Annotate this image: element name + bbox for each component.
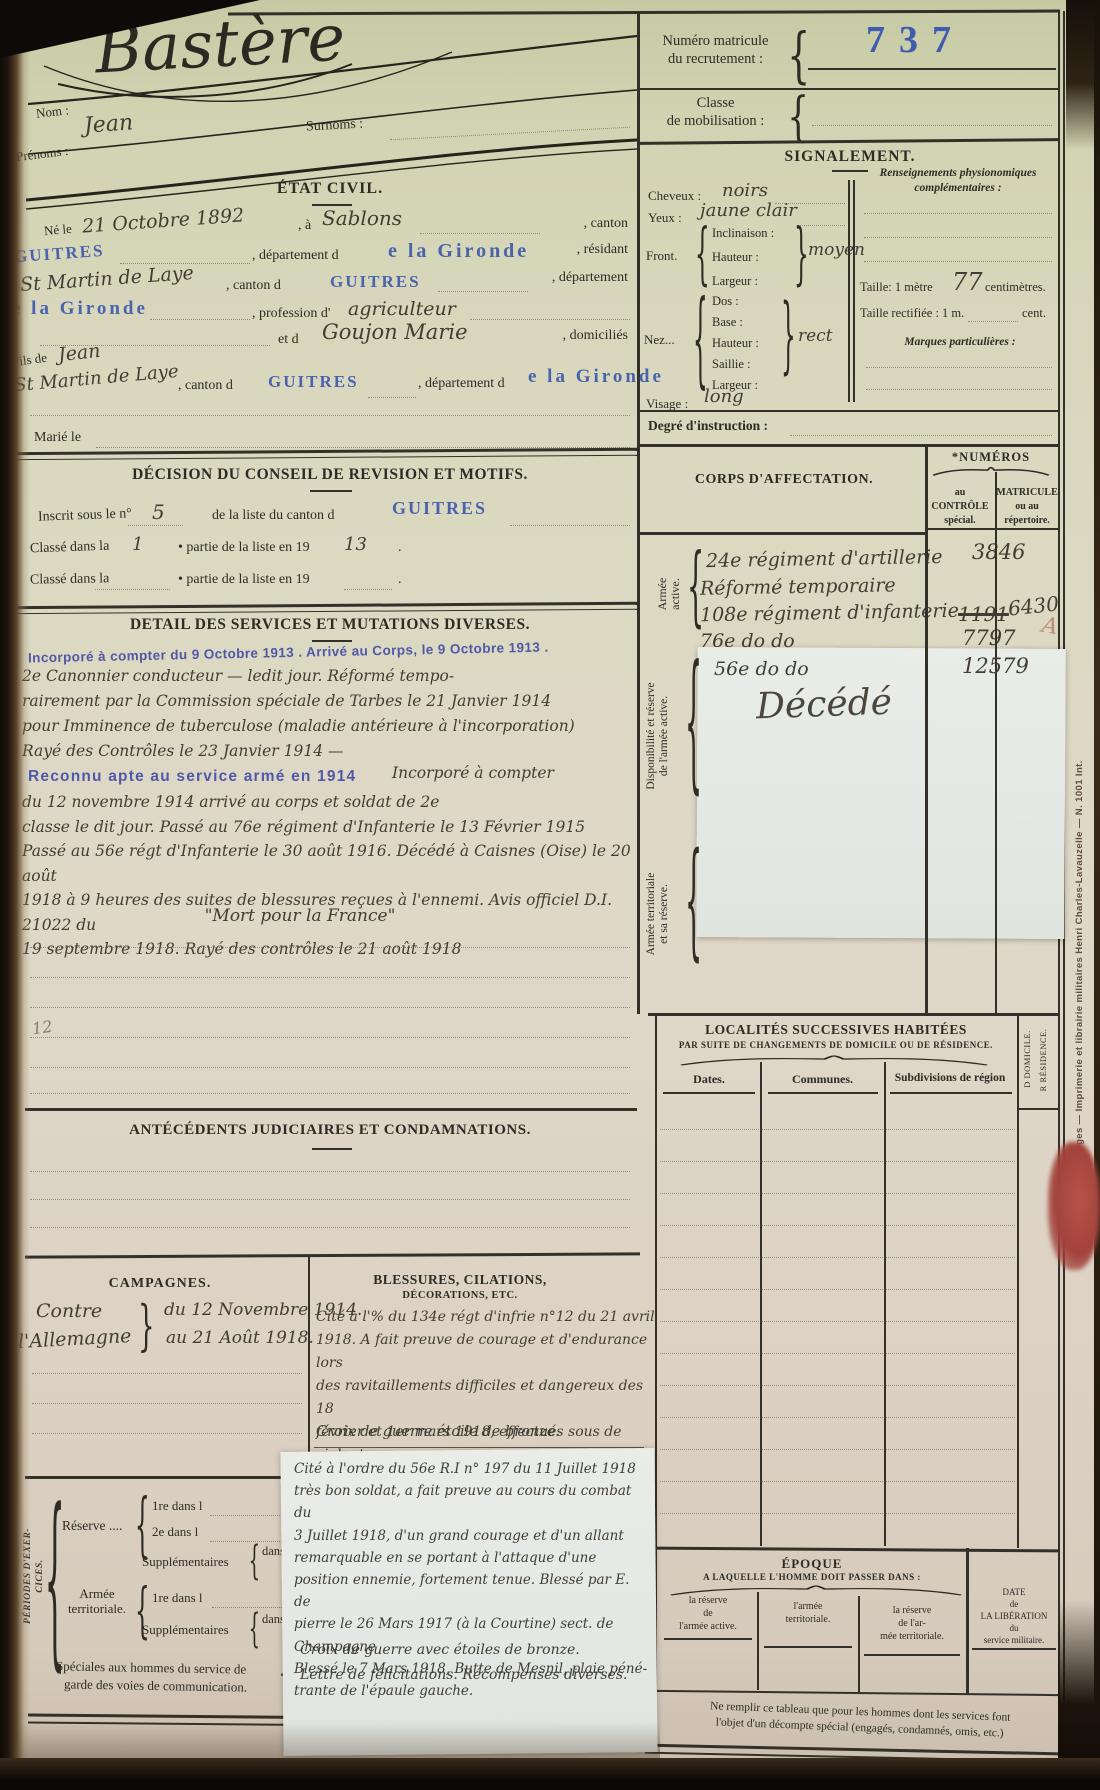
epoque-col3-header: la réserve de l'ar- mée territoriale.: [862, 1604, 962, 1643]
apte-stamp: Reconnu apte au service armé en 1914: [28, 768, 356, 786]
services-body-2-lead: Incorporé à compter: [392, 764, 554, 782]
dotline: [660, 1352, 1015, 1354]
communes-col-header: Communes.: [765, 1072, 880, 1087]
taille-label: Taille: 1 mètre: [860, 280, 933, 295]
dotline: [420, 232, 540, 234]
col-underline: [864, 1654, 960, 1656]
decede-note: Décédé: [755, 682, 892, 728]
dotline: [660, 1480, 1015, 1482]
matricule-col-header: MATRICULE ou au répertoire.: [996, 486, 1058, 528]
territoriale-reserve-brace: {: [685, 842, 702, 968]
incorporation-stamp-line: Incorporé à compter du 9 Octobre 1913 . …: [28, 640, 549, 666]
dotline: [30, 1066, 630, 1068]
matricule-num-5: 12579: [962, 654, 1029, 678]
supplementaires-label-2: Supplémentaires: [142, 1622, 229, 1638]
header-underline: [925, 528, 1058, 530]
section-rule: [25, 1252, 640, 1258]
section-rule: [25, 1108, 637, 1111]
numero-matricule-label: Numéro matricule du recrutement :: [648, 32, 783, 68]
classe2-label2: • partie de la liste en 19: [178, 572, 310, 588]
heavy-rule: [640, 138, 1058, 144]
title-underline: [312, 640, 352, 642]
dotline: [30, 414, 630, 416]
nez-brace-close: }: [781, 296, 796, 379]
reserve-brace: {: [135, 1492, 150, 1562]
epoque-date-col-line: [966, 1548, 969, 1694]
table-top-rule: [640, 444, 1058, 447]
taille2-unit: cent.: [1022, 306, 1046, 321]
citation-1-end: Croix de guerre étoile de bronze.: [316, 1424, 560, 1440]
front-label: Front.: [646, 248, 677, 264]
localites-brace: [678, 1054, 990, 1066]
dotline: [30, 1092, 630, 1094]
rule-thin: [640, 88, 1058, 90]
table-bottom-rule: [648, 1013, 1060, 1016]
dotline: [660, 1384, 1015, 1386]
matricule-num-4: 7797: [962, 626, 1015, 650]
front-item-hauteur: Hauteur :: [712, 250, 759, 265]
front-value: moyen: [808, 240, 865, 260]
inscrit-canton-stamp: GUITRES: [392, 498, 487, 519]
nez-brace-open: {: [693, 290, 708, 394]
epoque-date-header: DATE de LA LIBÉRATION du service militai…: [970, 1586, 1058, 1646]
dotline: [864, 236, 1052, 238]
taille-unit: centimètres.: [985, 280, 1046, 295]
classe-mobilisation-label: Classe de mobilisation :: [648, 94, 783, 130]
numeros-brace: [932, 466, 1050, 476]
domicile-rotated-label: D domicile.: [1022, 1016, 1032, 1102]
dotline: [660, 1320, 1015, 1322]
dotline: [866, 366, 1052, 368]
title-underline: [312, 1148, 352, 1150]
classe2-label: Classé dans la: [30, 571, 110, 588]
classe1-label2: • partie de la liste en 19: [178, 540, 310, 556]
col-underline: [764, 1646, 852, 1648]
dotline: [32, 1372, 302, 1374]
dotline: [30, 1036, 630, 1038]
nez-item-dos: Dos :: [712, 294, 739, 309]
mort-pour-la-france: "Mort pour la France": [140, 906, 460, 926]
profession-label: , profession d': [252, 306, 330, 322]
antecedents-title: ANTÉCÉDENTS JUDICIAIRES ET CONDAMNATIONS…: [40, 1122, 620, 1139]
signalement-title: SIGNALEMENT.: [700, 148, 1000, 166]
affectation-row-3: 108e régiment d'infanterie: [700, 600, 959, 627]
suppl-brace-1: {: [249, 1540, 260, 1580]
dotline: [812, 124, 1052, 126]
yeux-value: jaune clair: [700, 200, 797, 221]
canton-stamp-2: GUITRES: [330, 272, 421, 292]
dotline: [866, 388, 1052, 390]
dotline: [470, 318, 630, 320]
services-body-2: du 12 novembre 1914 arrivé au corps et s…: [22, 790, 642, 962]
epoque-title: ÉPOQUE: [692, 1556, 932, 1572]
front-item-largeur: Largeur :: [712, 274, 758, 289]
nez-item-hauteur: Hauteur :: [712, 336, 759, 351]
dotline: [968, 320, 1018, 322]
taille2-label: Taille rectifiée : 1 m.: [860, 306, 964, 321]
localites-subtitle: PAR SUITE DE CHANGEMENTS DE DOMICILE OU …: [666, 1040, 1006, 1050]
affectation-row-2: Réformé temporaire: [700, 574, 896, 599]
table-col-line: [760, 1062, 762, 1546]
visage-value: long: [704, 386, 744, 407]
controle-col-header: au CONTRÔLE spécial.: [928, 486, 992, 528]
nez-value: rect: [798, 326, 833, 346]
epoque-col1-header: la réserve de l'armée active.: [662, 1594, 754, 1633]
matricule-num-1: 3846: [972, 540, 1025, 564]
dotline: [660, 1256, 1015, 1258]
header-underline: [640, 532, 925, 535]
inscrit-num: 5: [152, 500, 165, 524]
taille-value: 77: [952, 268, 983, 296]
inscrit-label2: de la liste du canton d: [212, 508, 334, 524]
decision-title: DÉCISION DU CONSEIL DE REVISION ET MOTIF…: [40, 466, 620, 484]
blessures-title-2: DÉCORATIONS, ETC.: [320, 1290, 600, 1301]
dotline: [30, 1170, 630, 1172]
citation-2-end: Croix de guerre avec étoiles de bronze. …: [300, 1638, 650, 1688]
table-col-line: [995, 472, 997, 1013]
renseignements-title: Renseignements physionomiques complément…: [862, 166, 1054, 196]
corps-affectation-header: CORPS D'AFFECTATION.: [660, 472, 908, 488]
nez-item-saillie: Saillie :: [712, 357, 751, 372]
dotline: [128, 524, 183, 526]
classe2-end: .: [398, 572, 402, 588]
departement-stamp: e la Gironde: [388, 240, 529, 263]
disponibilite-label: Disponibilité et réserve de l'armée acti…: [645, 648, 671, 824]
classe1-end: .: [398, 540, 402, 556]
dotline: [95, 588, 170, 590]
dotline: [30, 976, 630, 978]
campagne-value-1: Contre: [36, 1300, 102, 1322]
rule-thin: [808, 68, 1056, 70]
binding-edge-left: [0, 0, 30, 1790]
canton-stamp-3: GUITRES: [268, 372, 359, 392]
dotline: [660, 1224, 1015, 1226]
terr-row-1: 1re dans l: [152, 1590, 203, 1606]
section-rule: [0, 609, 637, 614]
degre-instruction-label: Degré d'instruction :: [648, 418, 768, 434]
mother-name: Goujon Marie: [322, 320, 468, 344]
bottom-left-shadow: [0, 1722, 660, 1760]
epoque-col-line: [757, 1592, 759, 1690]
col-underline: [664, 1638, 752, 1640]
numeros-header: *NUMÉROS: [930, 450, 1052, 465]
disponibilite-brace: {: [685, 652, 702, 802]
dotline: [660, 1448, 1015, 1450]
dotline: [368, 396, 416, 398]
localites-title: LOCALITÉS SUCCESSIVES HABITÉES: [666, 1022, 1006, 1038]
classe1-num: 1: [132, 534, 143, 555]
speciales-line-1: Spéciales aux hommes du service de: [56, 1658, 247, 1677]
epoque-note: Ne remplir ce tableau que pour les homme…: [660, 1696, 1061, 1743]
residence-value: St Martin de Laye: [19, 262, 194, 296]
reserve-label: Réserve ....: [62, 1518, 122, 1534]
periodes-brace: {: [45, 1488, 65, 1676]
section-rule: [25, 1476, 310, 1479]
classe1-year: 13: [344, 534, 367, 555]
front-item-inclinaison: Inclinaison :: [712, 226, 774, 241]
dotline: [510, 524, 630, 526]
section-rule: [0, 455, 637, 460]
supplementaires-label-1: Supplémentaires: [142, 1554, 229, 1570]
epoque-top-rule: [655, 1547, 1060, 1553]
table-col-line: [884, 1062, 886, 1546]
col-underline: [890, 1092, 1012, 1094]
residence-rotated-label: R résidence.: [1038, 1015, 1048, 1105]
front-brace-close: }: [794, 222, 809, 290]
gironde-stamp-3: e la Gironde: [528, 366, 664, 388]
table-col-line: [925, 444, 928, 1013]
dotline: [660, 1416, 1015, 1418]
dotline: [30, 946, 630, 948]
dotline: [790, 434, 1052, 436]
residant-suffix: , résidant: [577, 242, 628, 258]
marques-label: Marques particulières :: [870, 336, 1050, 348]
matricule-number: 737: [866, 18, 965, 62]
dates-col-header: Dates.: [660, 1072, 758, 1087]
dotline: [30, 1198, 630, 1200]
dotline: [438, 290, 528, 292]
services-title: DETAIL DES SERVICES ET MUTATIONS DIVERSE…: [40, 616, 620, 634]
classe1-label: Classé dans la: [30, 539, 110, 558]
reserve-row-2: 2e dans l: [152, 1524, 198, 1540]
dotline: [30, 1226, 630, 1228]
affectation-row-5: 56e do do: [714, 658, 809, 680]
matricule-num-3-struck: 1191: [958, 602, 1009, 626]
dotline: [32, 1432, 302, 1434]
col-underline: [768, 1092, 878, 1094]
territoriale-label: Armée territoriale.: [52, 1586, 142, 1616]
dotline: [864, 212, 1052, 214]
dotline: [864, 260, 1052, 262]
armee-active-label: Armée active.: [656, 546, 682, 642]
campagne-brace: }: [138, 1300, 155, 1355]
classe-brace: {: [787, 90, 809, 143]
matricule-brace: {: [787, 26, 810, 86]
dotline: [212, 1606, 282, 1608]
canton-d2-label: , canton d: [178, 378, 233, 394]
departement2-label: , département d: [418, 376, 505, 392]
nez-item-base: Base :: [712, 315, 743, 330]
page-edge-right: [1094, 0, 1100, 1790]
front-brace-open: {: [695, 222, 710, 290]
inscrit-label: Inscrit sous le n°: [38, 506, 132, 525]
title-underline: [310, 490, 352, 492]
rule-thin: [640, 410, 1058, 412]
departement-suffix: , département: [552, 270, 628, 286]
dr-header-underline: [1018, 1108, 1058, 1110]
section-rule: [0, 448, 637, 455]
domicilies-suffix: , domiciliés: [563, 328, 628, 344]
epoque-col-line: [858, 1596, 860, 1692]
subcolumn-divider: [848, 180, 850, 402]
blessures-title-1: BLESSURES, CILATIONS,: [320, 1272, 600, 1288]
profession-value: agriculteur: [348, 298, 456, 320]
col-underline: [663, 1092, 755, 1094]
dotline: [660, 1128, 1015, 1130]
suppl-brace-2: {: [249, 1608, 260, 1648]
dotline: [150, 318, 250, 320]
campagne-date-2: au 21 Août 1918.: [166, 1328, 314, 1348]
dr-col-line: [1017, 1013, 1019, 1548]
epoque-col2-header: l'armée territoriale.: [762, 1600, 854, 1626]
affectation-row-1: 24e régiment d'artillerie: [706, 546, 943, 572]
dotline: [660, 1512, 1015, 1514]
subdivisions-col-header: Subdivisions de région: [886, 1072, 1014, 1084]
gironde-stamp-2: e la Gironde: [12, 298, 148, 320]
dotline: [32, 1402, 302, 1404]
reserve-row-1: 1re dans l: [152, 1498, 203, 1514]
campagne-value-2: l'Allemagne: [18, 1325, 132, 1353]
campagnes-title: CAMPAGNES.: [60, 1276, 260, 1292]
section-rule: [0, 602, 637, 609]
territoriale-reserve-label: Armée territoriale et sa réserve.: [645, 832, 671, 996]
epoque-subtitle: A LAQUELLE L'HOMME DOIT PASSER DANS :: [672, 1572, 952, 1582]
canton-d-label: , canton d: [226, 278, 281, 294]
col-underline: [972, 1648, 1056, 1650]
departement-label: , département d: [252, 248, 339, 264]
father-name: Jean: [57, 340, 102, 366]
dotline: [344, 588, 392, 590]
column-divider: [308, 1256, 310, 1478]
cheveux-value: noirs: [722, 180, 768, 201]
dotline: [660, 1160, 1015, 1162]
speciales-line-2: garde des voies de communication.: [64, 1676, 247, 1695]
table-left-border: [655, 1013, 657, 1548]
et-de-label: et d: [278, 332, 299, 348]
printer-imprint: Paris et Limoges — Imprimerie et librair…: [1074, 410, 1085, 1560]
bottom-dark-band: [0, 1758, 1100, 1790]
dotline: [660, 1288, 1015, 1290]
red-finger-blob: [1048, 1142, 1100, 1270]
services-body-1: 2e Canonnier conducteur — ledit jour. Ré…: [22, 664, 637, 764]
dotline: [30, 1006, 630, 1008]
subcolumn-divider: [853, 180, 855, 402]
military-register-page: Bastère Nom : Jean Prénoms : Surnoms : É…: [0, 0, 1100, 1790]
margin-mark: A: [1040, 613, 1060, 640]
nez-label: Nez...: [644, 332, 675, 348]
dotline: [660, 1192, 1015, 1194]
marie-le-label: Marié le: [34, 430, 81, 446]
